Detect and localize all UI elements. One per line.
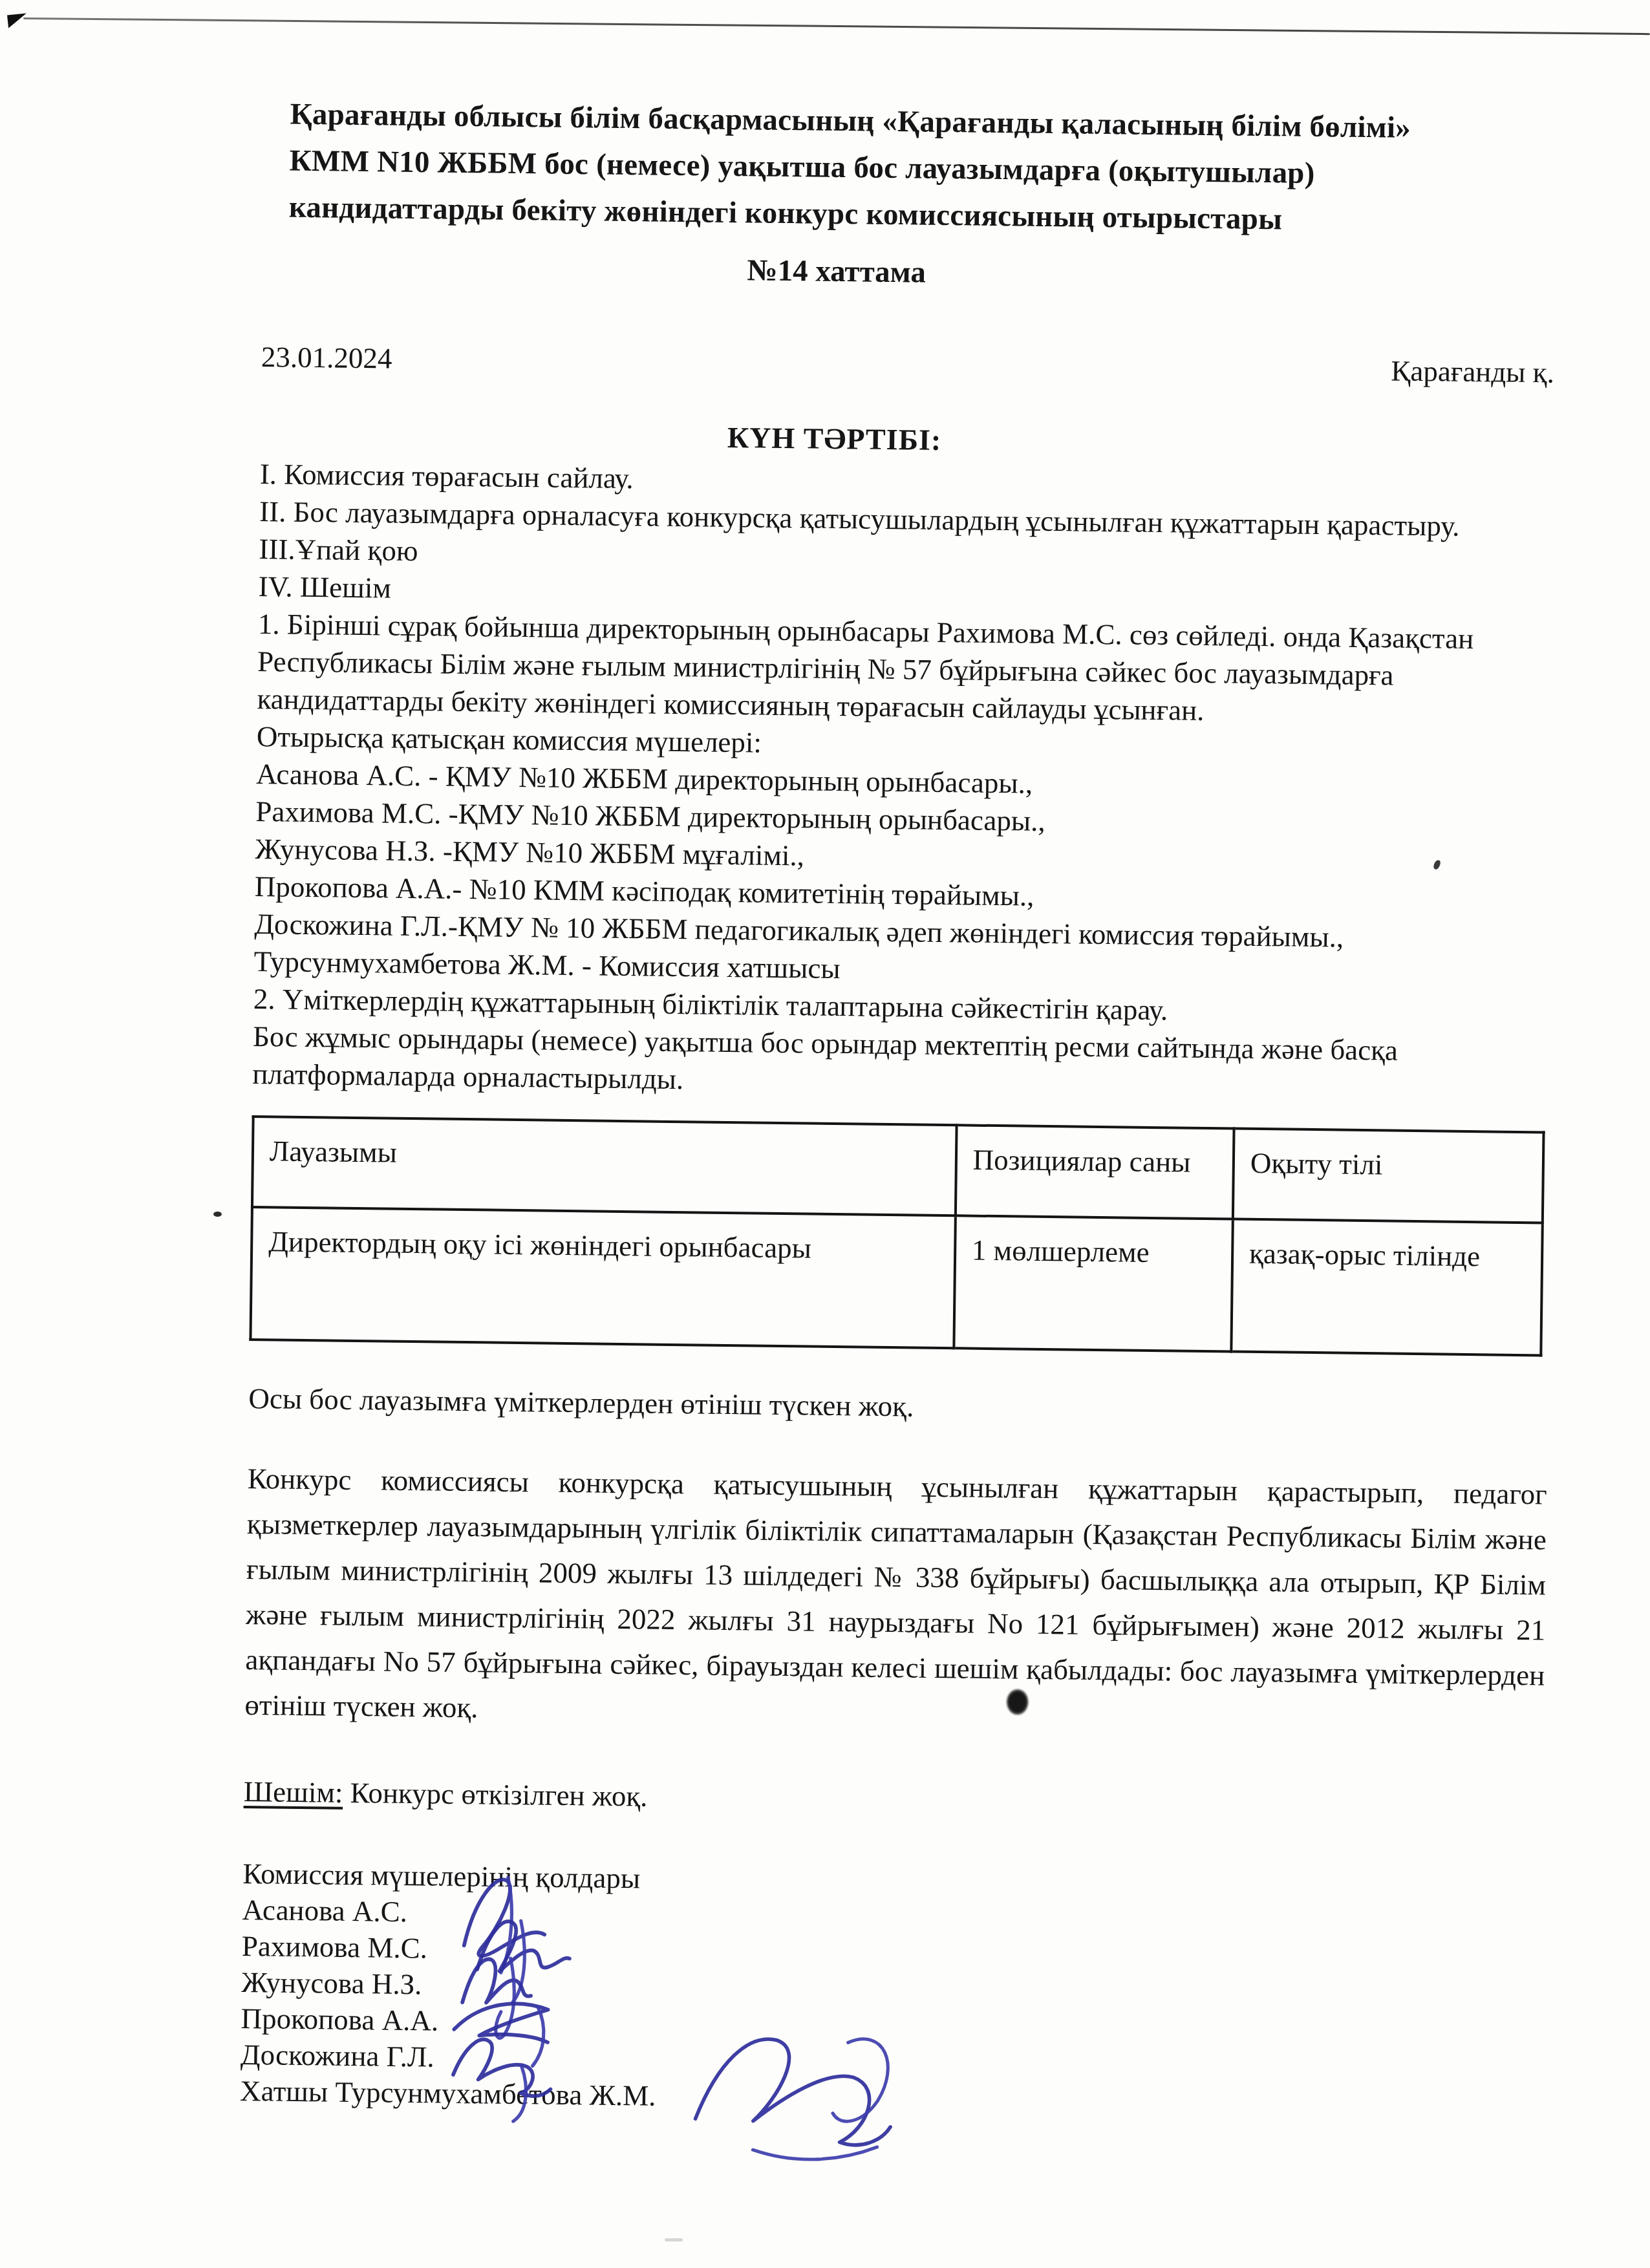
signer-name: Прокопова А.А. — [241, 2002, 438, 2037]
scan-speck — [665, 2238, 683, 2241]
vacancy-note: Бос жұмыс орындары (немесе) уақытша бос … — [252, 1018, 1494, 1107]
table-header-row: Лауазымы Позициялар саны Оқыту тілі — [252, 1117, 1544, 1223]
decision-label: Шешім: — [244, 1775, 343, 1809]
header-cell-count: Позициялар саны — [956, 1125, 1234, 1219]
signer-name: Доскожина Г.Л. — [241, 2038, 434, 2073]
scanned-document-page: Қарағанды облысы білім басқармасының «Қа… — [0, 0, 1650, 2268]
agenda-list: I. Комиссия төрағасын сайлау. II. Бос ла… — [258, 455, 1553, 621]
vacancy-table-body: Директордың оқу ісі жөніндегі орынбасары… — [250, 1207, 1542, 1355]
decision-paragraph-text: Конкурс комиссиясы конкурсқа қатысушының… — [244, 1462, 1547, 1724]
speech-paragraph: 1. Бірінші сұрақ бойынша директорының ор… — [257, 605, 1541, 733]
decision-text: Конкурс өткізілген жоқ. — [350, 1777, 647, 1813]
vacancy-table-header: Лауазымы Позициялар саны Оқыту тілі — [252, 1117, 1544, 1223]
signer-name: Асанова А.С. — [242, 1894, 407, 1928]
decision-paragraph: Конкурс комиссиясы конкурсқа қатысушының… — [244, 1456, 1547, 1744]
members-list: Асанова А.С. - ҚМУ №10 ЖББМ директорының… — [253, 755, 1549, 996]
signature-ink-secretary-icon — [665, 1993, 914, 2190]
decision-line: Шешім: Конкурс өткізілген жоқ. — [244, 1773, 1537, 1826]
date-row: 23.01.2024 Қарағанды қ. — [261, 341, 1554, 388]
ink-stroke — [695, 2038, 892, 2146]
header-cell-position: Лауазымы — [252, 1117, 956, 1215]
document-text-block: Қарағанды облысы білім басқармасының «Қа… — [240, 0, 1559, 2124]
vacancy-table: Лауазымы Позициялар саны Оқыту тілі Дире… — [249, 1115, 1545, 1356]
signer-name: Рахимова М.С. — [242, 1930, 428, 1965]
signatures-section: Комиссия мүшелерінің қолдары Асанова А.С… — [240, 1856, 1536, 2124]
document-city: Қарағанды қ. — [1391, 355, 1554, 388]
signer-name: Жунусова Н.З. — [241, 1966, 422, 2000]
document-title: Қарағанды облысы білім басқармасының «Қа… — [288, 91, 1493, 246]
signature-ink-doskozhina-icon — [431, 1999, 587, 2130]
ink-stroke — [753, 2146, 877, 2161]
header-cell-language: Оқыту тілі — [1233, 1129, 1544, 1223]
no-applications-line: Осы бос лауазымға үміткерлерден өтініш т… — [248, 1380, 1542, 1433]
cell-position: Директордың оқу ісі жөніндегі орынбасары — [250, 1207, 955, 1348]
document-content: Қарағанды облысы білім басқармасының «Қа… — [0, 0, 1650, 2126]
cell-count: 1 мөлшерлеме — [954, 1215, 1233, 1351]
cell-language: қазақ-орыс тілінде — [1231, 1219, 1543, 1356]
protocol-number: №14 хаттама — [189, 246, 1483, 297]
ink-blot-artifact — [1006, 1689, 1028, 1715]
document-date: 23.01.2024 — [261, 341, 392, 374]
ink-stroke — [453, 2039, 551, 2096]
table-row: Директордың оқу ісі жөніндегі орынбасары… — [250, 1207, 1542, 1355]
